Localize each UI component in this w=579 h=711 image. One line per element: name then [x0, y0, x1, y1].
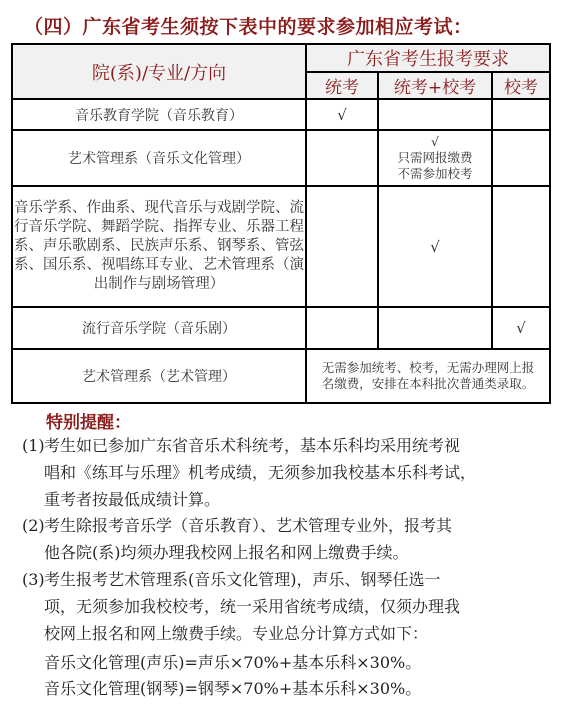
reminder-line: 考生报考艺术管理系(音乐文化管理)，声乐、钢琴任选一 [44, 570, 441, 589]
row-name: 艺术管理系（音乐文化管理） [12, 130, 306, 186]
reminder-line: 项，无须参加我校校考，统一采用省统考成绩，仅须办理我 [22, 593, 460, 620]
reminder-line: 他各院(系)均须办理我校网上报名和网上缴费手续。 [22, 539, 452, 566]
merged-note-cell: 无需参加统考、校考，无需办理网上报名缴费，安排在本科批次普通类录取。 [306, 349, 550, 403]
cell-tongkao [306, 186, 378, 307]
item-number: (3) [22, 566, 44, 593]
row-name: 音乐教育学院（音乐教育） [12, 99, 306, 130]
cell-xiaokao [492, 130, 550, 186]
check-mark: √ [379, 134, 491, 150]
row-name: 音乐学系、作曲系、现代音乐与戏剧学院、流行音乐学院、舞蹈学院、指挥专业、乐器工程… [12, 186, 306, 307]
column-header-xiaokao: 校考 [492, 72, 550, 99]
note-line: 只需网报缴费 [379, 150, 491, 166]
table-row: 音乐教育学院（音乐教育） √ [12, 99, 550, 130]
reminder-item-2: (2)考生除报考音乐学（音乐教育）、艺术管理专业外，报考其 他各院(系)均须办理… [22, 512, 452, 566]
cell-tongkao-xiaokao [378, 307, 492, 349]
check-mark-tongkao: √ [306, 99, 378, 130]
table-row: 音乐学系、作曲系、现代音乐与戏剧学院、流行音乐学院、舞蹈学院、指挥专业、乐器工程… [12, 186, 550, 307]
formula-piano: 音乐文化管理(钢琴)=钢琴×70%+基本乐科×30%。 [44, 676, 421, 699]
row-name: 流行音乐学院（音乐剧） [12, 307, 306, 349]
column-header-tongkao: 统考 [306, 72, 378, 99]
table-row: 流行音乐学院（音乐剧） √ [12, 307, 550, 349]
cell-tongkao [306, 307, 378, 349]
cell-xiaokao [492, 99, 550, 130]
reminder-item-3: (3)考生报考艺术管理系(音乐文化管理)，声乐、钢琴任选一 项，无须参加我校校考… [22, 566, 460, 647]
reminder-line: 校网上报名和网上缴费手续。专业总分计算方式如下： [22, 620, 460, 647]
reminder-item-1: (1)考生如已参加广东省音乐术科统考，基本乐科均采用统考视 唱和《练耳与乐理》机… [22, 432, 476, 513]
reminder-line: 唱和《练耳与乐理》机考成绩，无须参加我校基本乐科考试， [22, 459, 476, 486]
cell-tongkao-xiaokao [378, 99, 492, 130]
item-number: (1) [22, 432, 44, 459]
cell-tongkao [306, 130, 378, 186]
check-mark-tongkao-xiaokao: √ [378, 186, 492, 307]
column-header-department: 院(系)/专业/方向 [12, 44, 306, 99]
table-row: 艺术管理系（艺术管理） 无需参加统考、校考，无需办理网上报名缴费，安排在本科批次… [12, 349, 550, 403]
reminder-title: 特别提醒： [46, 408, 131, 433]
note-line: 不需参加校考 [379, 166, 491, 182]
item-number: (2) [22, 512, 44, 539]
reminder-line: 考生如已参加广东省音乐术科统考，基本乐科均采用统考视 [44, 436, 460, 455]
column-group-header-requirements: 广东省考生报考要求 [306, 44, 550, 72]
check-mark-xiaokao: √ [492, 307, 550, 349]
column-header-tongkao-xiaokao: 统考+校考 [378, 72, 492, 99]
row-name: 艺术管理系（艺术管理） [12, 349, 306, 403]
reminder-line: 考生除报考音乐学（音乐教育）、艺术管理专业外，报考其 [44, 516, 452, 535]
formula-vocal: 音乐文化管理(声乐)=声乐×70%+基本乐科×30%。 [44, 650, 421, 673]
section-heading: （四）广东省考生须按下表中的要求参加相应考试： [24, 12, 473, 39]
requirements-table: 院(系)/专业/方向 广东省考生报考要求 统考 统考+校考 校考 音乐教育学院（… [11, 43, 551, 404]
cell-xiaokao [492, 186, 550, 307]
reminder-line: 重考者按最低成绩计算。 [22, 486, 476, 513]
cell-tongkao-xiaokao: √ 只需网报缴费 不需参加校考 [378, 130, 492, 186]
table-row: 艺术管理系（音乐文化管理） √ 只需网报缴费 不需参加校考 [12, 130, 550, 186]
